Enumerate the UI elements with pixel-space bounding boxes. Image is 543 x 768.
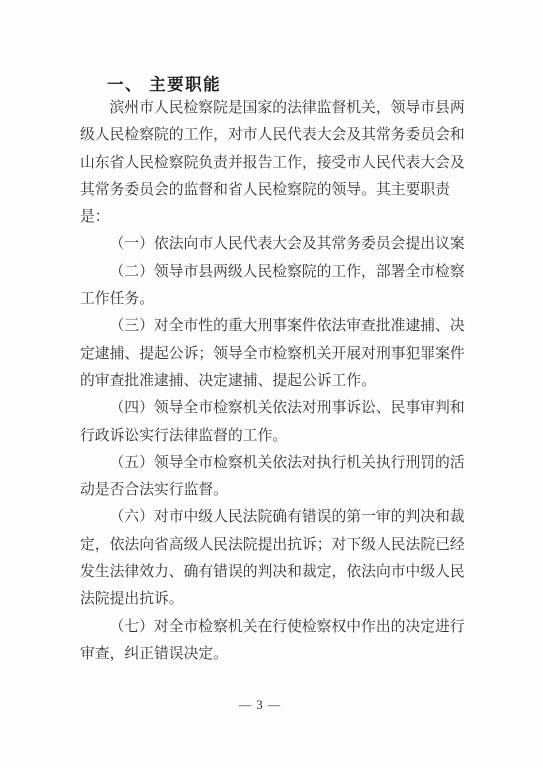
text-line: 山东省人民检察院负责并报告工作，接受市人民代表大会及 (80, 150, 470, 177)
section-heading: 一、 主要职能 (107, 71, 221, 95)
text-line: （四）领导全市检察机关依法对刑事诉讼、民事审判和 (80, 395, 470, 422)
text-line: 是： (80, 204, 470, 231)
page-number: — 3 — (62, 698, 458, 713)
paragraph: （四）领导全市检察机关依法对刑事诉讼、民事审判和行政诉讼实行法律监督的工作。 (80, 395, 470, 450)
text-line: （七）对全市检察机关在行使检察权中作出的决定进行 (80, 614, 470, 641)
text-line: 定逮捕、提起公诉；领导全市检察机关开展对刑事犯罪案件 (80, 341, 470, 368)
text-line: 动是否合法实行监督。 (80, 477, 470, 504)
paragraph: （一）依法向市人民代表大会及其常务委员会提出议案 (80, 231, 470, 258)
text-line: 审查，纠正错误决定。 (80, 641, 470, 668)
paragraph: （五）领导全市检察机关依法对执行机关执行刑罚的活动是否合法实行监督。 (80, 450, 470, 505)
paragraph: （三）对全市性的重大刑事案件依法审查批准逮捕、决定逮捕、提起公诉；领导全市检察机… (80, 313, 470, 395)
text-line: 其常务委员会的监督和省人民检察院的领导。其主要职责 (80, 177, 470, 204)
text-line: 工作任务。 (80, 286, 470, 313)
document-body: 滨州市人民检察院是国家的法律监督机关，领导市县两级人民检察院的工作，对市人民代表… (80, 95, 470, 668)
text-line: （六）对市中级人民法院确有错误的第一审的判决和裁 (80, 504, 470, 531)
text-line: 级人民检察院的工作，对市人民代表大会及其常务委员会和 (80, 122, 470, 149)
paragraph: （六）对市中级人民法院确有错误的第一审的判决和裁定，依法向省高级人民法院提出抗诉… (80, 504, 470, 613)
paragraph: （七）对全市检察机关在行使检察权中作出的决定进行审查，纠正错误决定。 (80, 614, 470, 669)
text-line: 行政诉讼实行法律监督的工作。 (80, 423, 470, 450)
text-line: 法院提出抗诉。 (80, 586, 470, 613)
text-line: （三）对全市性的重大刑事案件依法审查批准逮捕、决 (80, 313, 470, 340)
document-page: 一、 主要职能 滨州市人民检察院是国家的法律监督机关，领导市县两级人民检察院的工… (0, 0, 543, 768)
text-line: 定，依法向省高级人民法院提出抗诉；对下级人民法院已经 (80, 532, 470, 559)
text-line: （一）依法向市人民代表大会及其常务委员会提出议案 (80, 231, 470, 258)
text-line: （二）领导市县两级人民检察院的工作，部署全市检察 (80, 259, 470, 286)
text-line: 发生法律效力、确有错误的判决和裁定，依法向市中级人民 (80, 559, 470, 586)
paragraph: 滨州市人民检察院是国家的法律监督机关，领导市县两级人民检察院的工作，对市人民代表… (80, 95, 470, 231)
text-line: （五）领导全市检察机关依法对执行机关执行刑罚的活 (80, 450, 470, 477)
paragraph: （二）领导市县两级人民检察院的工作，部署全市检察工作任务。 (80, 259, 470, 314)
text-line: 滨州市人民检察院是国家的法律监督机关，领导市县两 (80, 95, 470, 122)
text-line: 的审查批准逮捕、决定逮捕、提起公诉工作。 (80, 368, 470, 395)
